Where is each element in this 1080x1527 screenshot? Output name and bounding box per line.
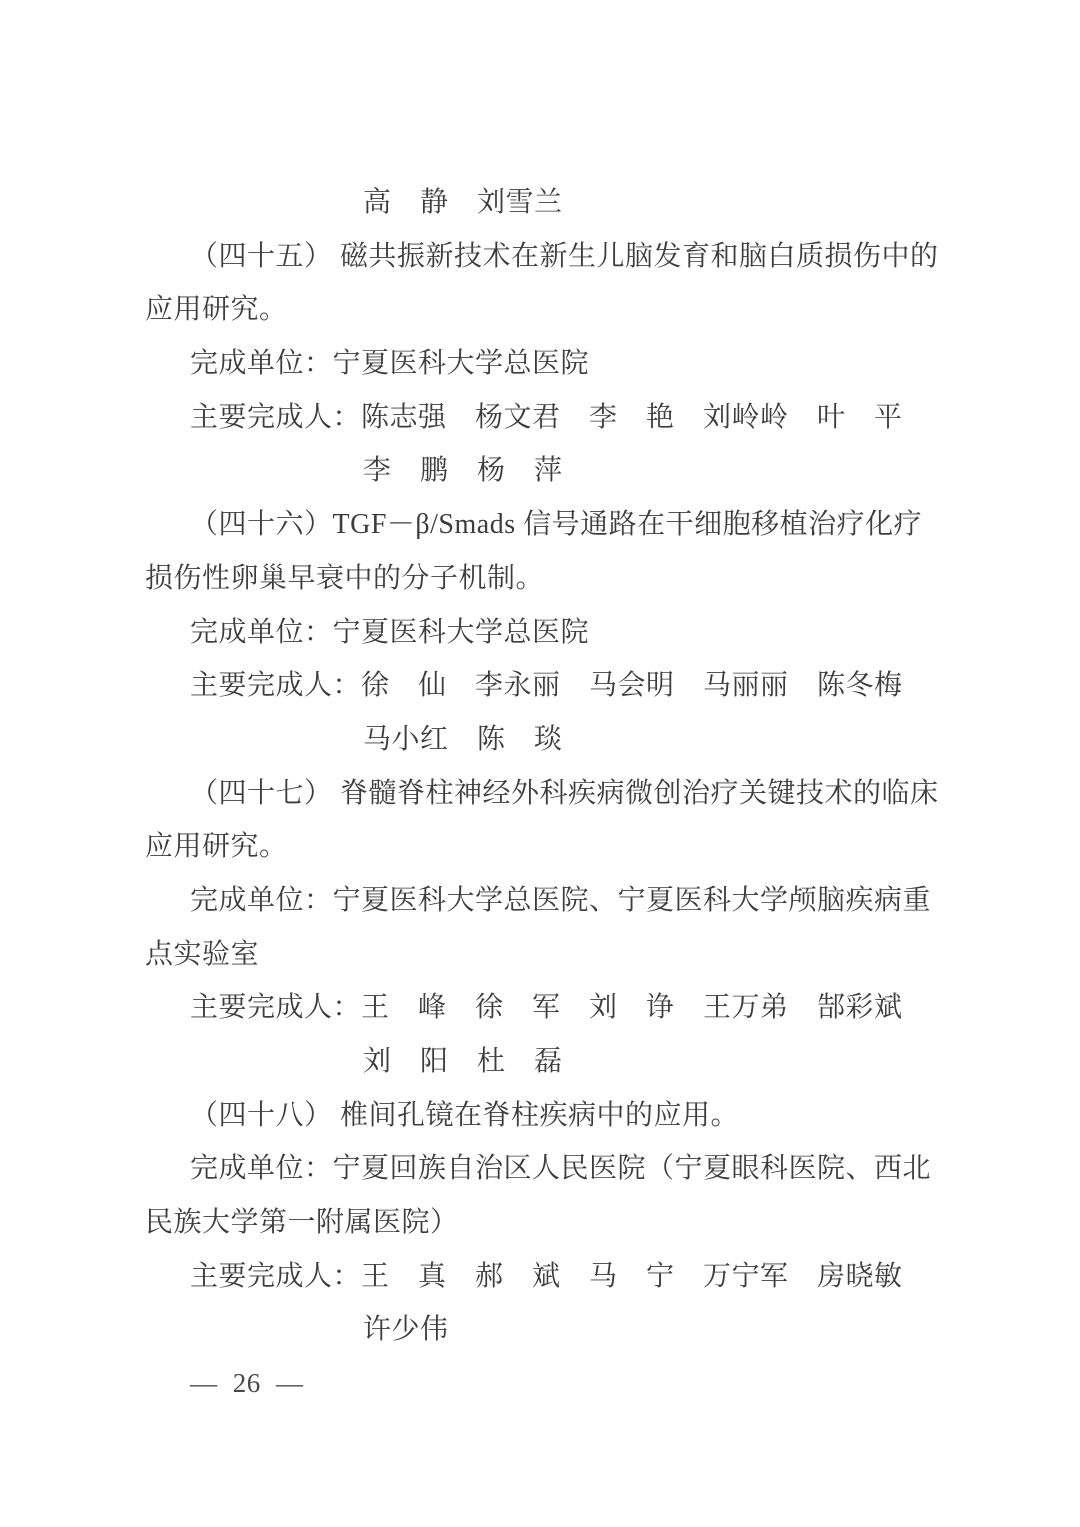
entry-48-authors-line-2: 许少伟 (0, 1303, 1080, 1357)
document-page: 高 静 刘雪兰 （四十五） 磁共振新技术在新生儿脑发育和脑白质损伤中的 应用研究… (0, 0, 1080, 1527)
entry-45-title-line-2: 应用研究。 (0, 283, 1080, 337)
entry-45-unit-line: 完成单位：宁夏医科大学总医院 (0, 337, 1080, 391)
entry-46-authors-line-1: 主要完成人：徐 仙 李永丽 马会明 马丽丽 陈冬梅 (0, 659, 1080, 713)
entry-48-unit-line-1: 完成单位：宁夏回族自治区人民医院（宁夏眼科医院、西北 (0, 1142, 1080, 1196)
entry-47-authors-line-1: 主要完成人：王 峰 徐 军 刘 诤 王万弟 郜彩斌 (0, 981, 1080, 1035)
entry-45-authors-line-2: 李 鹏 杨 萍 (0, 444, 1080, 498)
entry-48-authors-line-1: 主要完成人：王 真 郝 斌 马 宁 万宁军 房晓敏 (0, 1250, 1080, 1304)
entry-47-authors-line-2: 刘 阳 杜 磊 (0, 1035, 1080, 1089)
carryover-authors-line: 高 静 刘雪兰 (0, 176, 1080, 230)
entry-48-unit-line-2: 民族大学第一附属医院） (0, 1196, 1080, 1250)
entry-46-unit-line: 完成单位：宁夏医科大学总医院 (0, 606, 1080, 660)
entry-47-unit-line-1: 完成单位：宁夏医科大学总医院、宁夏医科大学颅脑疾病重 (0, 874, 1080, 928)
entry-48-title-line-1: （四十八） 椎间孔镜在脊柱疾病中的应用。 (0, 1089, 1080, 1143)
entry-46-title-line-2: 损伤性卵巢早衰中的分子机制。 (0, 552, 1080, 606)
entry-47-title-line-1: （四十七） 脊髓脊柱神经外科疾病微创治疗关键技术的临床 (0, 767, 1080, 821)
page-number-footer: — 26 — (0, 1357, 1080, 1411)
entry-47-title-line-2: 应用研究。 (0, 820, 1080, 874)
entry-47-unit-line-2: 点实验室 (0, 928, 1080, 982)
entry-46-title-line-1: （四十六）TGF－β/Smads 信号通路在干细胞移植治疗化疗 (0, 498, 1080, 552)
entry-45-authors-line-1: 主要完成人：陈志强 杨文君 李 艳 刘岭岭 叶 平 (0, 391, 1080, 445)
entry-46-authors-line-2: 马小红 陈 琰 (0, 713, 1080, 767)
entry-45-title-line-1: （四十五） 磁共振新技术在新生儿脑发育和脑白质损伤中的 (0, 230, 1080, 284)
document-body: 高 静 刘雪兰 （四十五） 磁共振新技术在新生儿脑发育和脑白质损伤中的 应用研究… (0, 0, 1080, 1411)
